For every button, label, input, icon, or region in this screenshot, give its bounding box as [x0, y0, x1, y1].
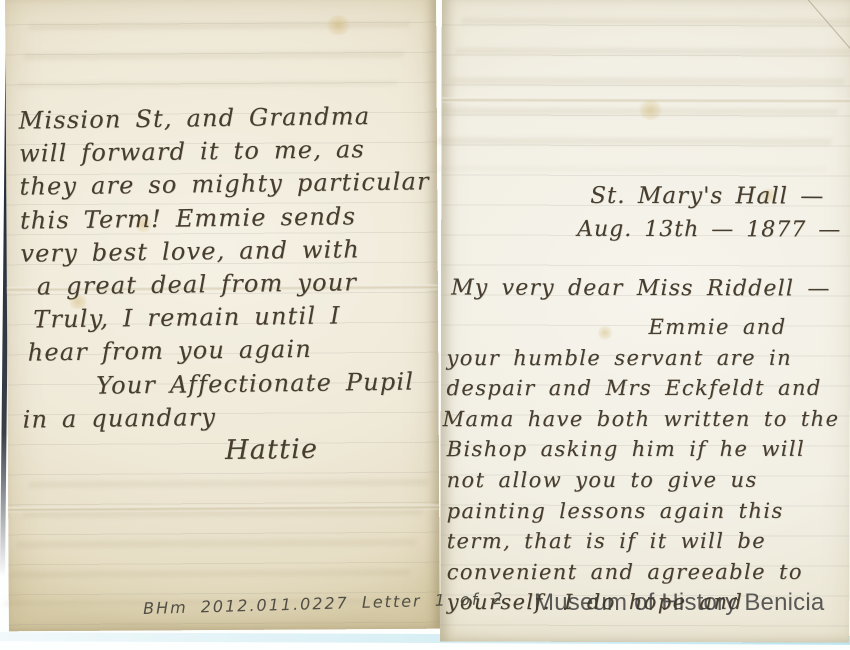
handwriting-line: your humble servant are in [447, 342, 840, 373]
left-page-handwriting: Mission St, and Grandma will forward it … [18, 99, 433, 470]
letterhead-date: Aug. 13th — 1877 — [441, 212, 850, 246]
handwriting-line: convenient and agreeable to [447, 557, 840, 588]
closing-line: in a quandary [22, 398, 433, 437]
closing-line: Your Affectionate Pupil [96, 365, 433, 403]
handwriting-line: will forward it to me, as [19, 133, 430, 172]
handwriting-line: Truly, I remain until I [33, 299, 432, 337]
handwriting-line: hear from you again [28, 332, 433, 370]
handwriting-line: despair and Mrs Eckfeldt and [447, 373, 840, 404]
salutation: My very dear Miss Riddell — [451, 275, 831, 301]
letterhead-location: St. Mary's Hall — [441, 179, 850, 213]
bleed-through-texture [4, 463, 433, 606]
bleed-through-texture [17, 5, 414, 87]
handwriting-line: term, that is if it will be [447, 526, 840, 557]
handwriting-line: they are so mighty particular [19, 166, 430, 205]
handwriting-line: a great deal from your [37, 265, 432, 303]
handwriting-line: Mission St, and Grandma [18, 99, 429, 138]
handwriting-line: Bishop asking him if he will [447, 434, 840, 465]
left-page: Mission St, and Grandma will forward it … [5, 0, 440, 631]
handwriting-line: Mama have both written to the [443, 404, 840, 435]
right-page-handwriting: Emmie and your humble servant are in des… [446, 312, 839, 618]
handwriting-line: not allow you to give us [447, 465, 840, 496]
handwriting-line: very best love, and with [20, 232, 431, 271]
letter-scan: Mission St, and Grandma will forward it … [0, 0, 850, 650]
stain [638, 100, 664, 120]
handwriting-line: this Term! Emmie sends [20, 199, 431, 238]
handwriting-line: Emmie and [648, 312, 839, 343]
right-page: St. Mary's Hall — Aug. 13th — 1877 — My … [440, 0, 850, 643]
letterhead: St. Mary's Hall — Aug. 13th — 1877 — [441, 179, 850, 246]
signature: Hattie [225, 431, 434, 467]
museum-watermark: Museum of History Benicia [534, 589, 824, 617]
handwriting-line: painting lessons again this [447, 495, 840, 526]
stain [325, 15, 351, 35]
bleed-through-texture [430, 2, 850, 171]
